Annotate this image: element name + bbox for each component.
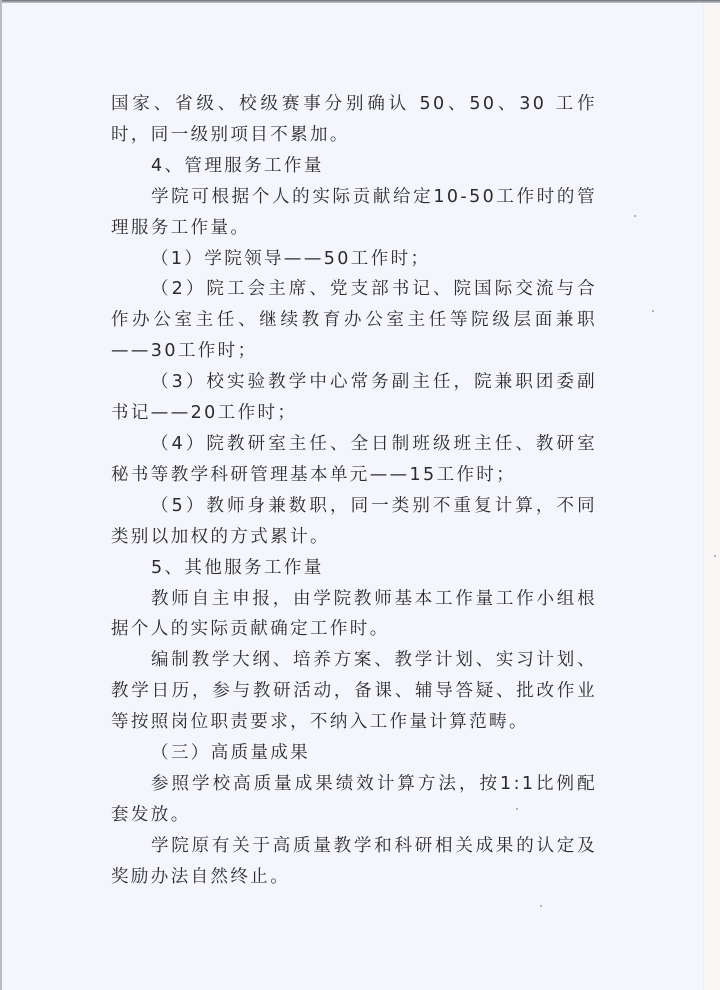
heading-high-quality-results: （三）高质量成果 bbox=[111, 738, 597, 769]
scan-speck bbox=[540, 905, 542, 907]
heading-management-service-workload: 4、管理服务工作量 bbox=[111, 151, 597, 182]
scan-top-edge bbox=[0, 0, 720, 3]
list-item-1-college-leader: （1）学院领导——50工作时； bbox=[111, 244, 597, 275]
scan-speck bbox=[652, 310, 654, 312]
paragraph-excluded-duties: 编制教学大纲、培养方案、教学计划、实习计划、教学日历，参与教研活动，备课、辅导答… bbox=[111, 645, 597, 738]
paragraph-management-service-range: 学院可根据个人的实际贡献给定10-50工作时的管理服务工作量。 bbox=[111, 182, 597, 244]
paragraph-competition-hours: 国家、省级、校级赛事分别确认 50、50、30 工作时，同一级别项目不累加。 bbox=[111, 89, 597, 151]
scan-speck bbox=[714, 555, 716, 557]
scan-left-edge bbox=[0, 0, 2, 990]
list-item-3-lab-center-league: （3）校实验教学中心常务副主任，院兼职团委副书记——20工作时； bbox=[111, 367, 597, 429]
list-item-5-multiple-roles: （5）教师身兼数职，同一类别不重复计算，不同类别以加权的方式累计。 bbox=[111, 491, 597, 553]
list-item-4-teaching-units: （4）院教研室主任、全日制班级班主任、教研室秘书等教学科研管理基本单元——15工… bbox=[111, 429, 597, 491]
document-body: 国家、省级、校级赛事分别确认 50、50、30 工作时，同一级别项目不累加。 4… bbox=[111, 89, 597, 893]
heading-other-service-workload: 5、其他服务工作量 bbox=[111, 553, 597, 584]
scan-speck bbox=[634, 215, 636, 217]
paragraph-matching-payment: 参照学校高质量成果绩效计算方法，按1:1比例配套发放。 bbox=[111, 769, 597, 831]
paragraph-self-declaration: 教师自主申报，由学院教师基本工作量工作小组根据个人的实际贡献确定工作时。 bbox=[111, 584, 597, 646]
scan-right-margin-strip bbox=[703, 3, 720, 990]
scanned-page: 国家、省级、校级赛事分别确认 50、50、30 工作时，同一级别项目不累加。 4… bbox=[0, 0, 720, 990]
list-item-2-college-level-roles: （2）院工会主席、党支部书记、院国际交流与合作办公室主任、继续教育办公室主任等院… bbox=[111, 274, 597, 367]
paragraph-termination: 学院原有关于高质量教学和科研相关成果的认定及奖励办法自然终止。 bbox=[111, 831, 597, 893]
